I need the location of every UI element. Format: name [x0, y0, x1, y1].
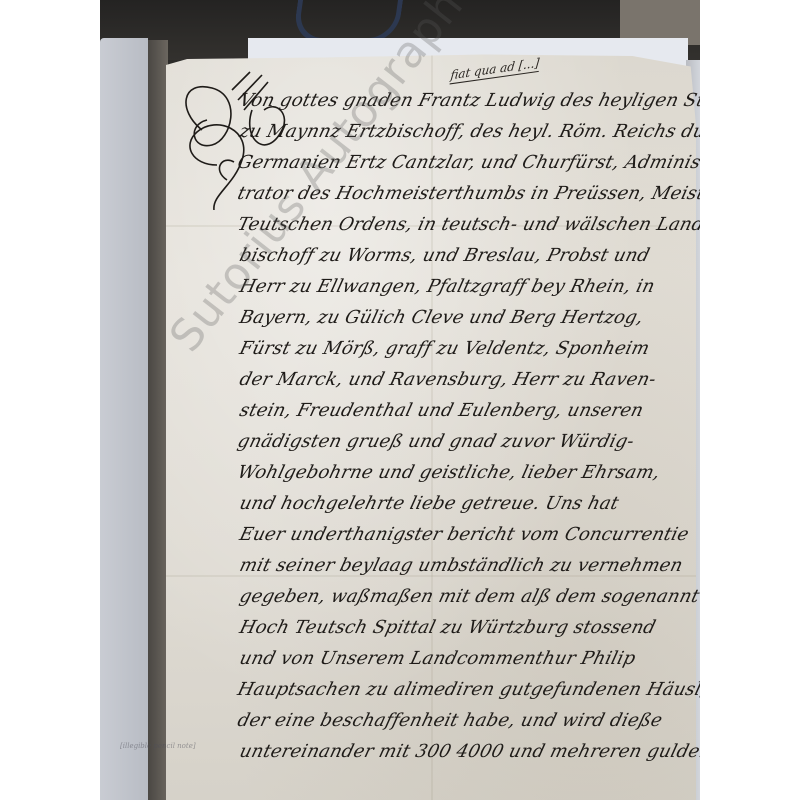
- manuscript-line: Germanien Ertz Cantzlar, und Churfürst, …: [235, 152, 700, 173]
- manuscript-line: Bayern, zu Gülich Cleve und Berg Hertzog…: [237, 307, 645, 328]
- folder-gutter: [148, 40, 168, 800]
- manuscript-line: Euer underthanigster bericht vom Concurr…: [237, 524, 691, 545]
- manuscript-line: und von Unserem Landcommenthur Philip: [237, 648, 637, 669]
- manuscript-line: stein, Freudenthal und Eulenberg, unsere…: [237, 400, 645, 421]
- manuscript-line: gnädigsten grueß und gnad zuvor Würdig-: [235, 431, 636, 452]
- manuscript-line: zu Maynnz Ertzbischoff, des heyl. Röm. R…: [237, 121, 700, 142]
- manuscript-line: Wohlgebohrne und geistliche, lieber Ehrs…: [235, 462, 662, 483]
- folder-left-cover: [100, 38, 148, 800]
- manuscript-line: trator des Hochmeisterthumbs in Preüssen…: [235, 183, 700, 204]
- manuscript-line: Fürst zu Mörß, graff zu Veldentz, Sponhe…: [237, 338, 651, 359]
- manuscript-line: bischoff zu Worms, und Breslau, Probst u…: [237, 245, 652, 266]
- manuscript-line: Teutschen Ordens, in teutsch- und wälsch…: [235, 214, 700, 235]
- document-photograph: fiat qua ad [...] Von gottes gnaden Fran…: [100, 0, 700, 800]
- manuscript-line: untereinander mit 300 4000 und mehreren …: [237, 741, 700, 762]
- pencil-marginalia: [illegible pencil note]: [120, 742, 196, 751]
- manuscript-line: mit seiner beylaag umbständlich zu verne…: [237, 555, 685, 576]
- manuscript-line: Hoch Teutsch Spittal zu Würtzburg stosse…: [237, 617, 658, 638]
- manuscript-line: Hauptsachen zu alimediren gutgefundenen …: [235, 679, 700, 700]
- manuscript-line: der Marck, und Ravensburg, Herr zu Raven…: [237, 369, 658, 390]
- manuscript-line: der eine beschaffenheit habe, und wird d…: [235, 710, 664, 731]
- manuscript-line: gegeben, waßmaßen mit dem alß dem sogena…: [237, 586, 700, 607]
- manuscript-line: Herr zu Ellwangen, Pfaltzgraff bey Rhein…: [237, 276, 657, 297]
- manuscript-line: Von gottes gnaden Frantz Ludwig des heyl…: [237, 90, 700, 111]
- manuscript-line: und hochgelehrte liebe getreue. Uns hat: [237, 493, 621, 514]
- storage-box-edge: [292, 0, 403, 43]
